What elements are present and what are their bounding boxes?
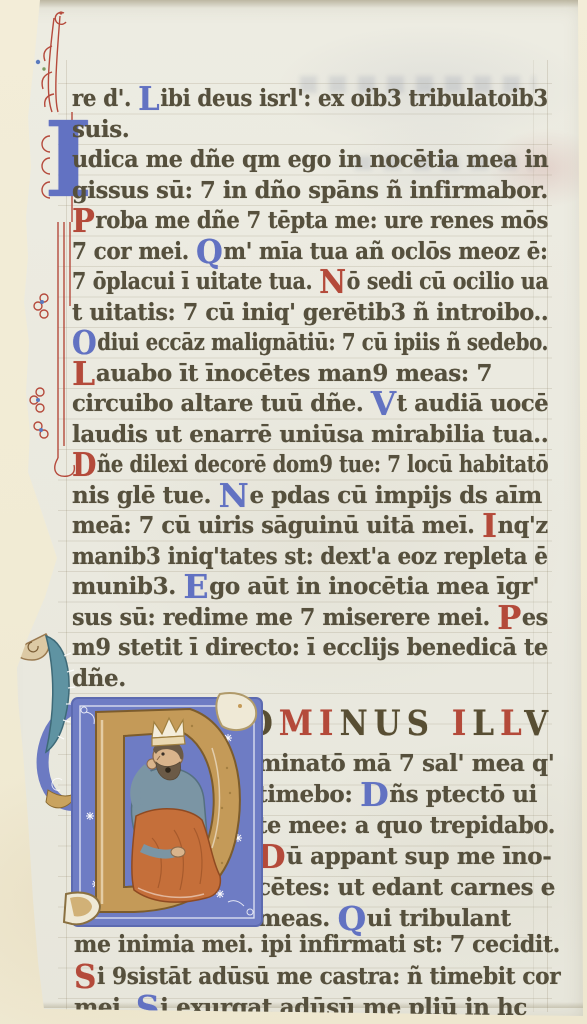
text-segment: cētes: ut edant carnes e	[257, 874, 555, 901]
text-segment: 7 ōplacui ī uitate tua.	[72, 268, 319, 295]
text-line: munib3. Ego aūt in inocētia mea īgr'	[72, 572, 548, 603]
text-segment: meas.	[257, 905, 337, 932]
text-segment: i exurgat adūsū me pliū in hc	[160, 994, 527, 1021]
text-segment: re d'.	[72, 85, 138, 112]
display-letter: S	[407, 703, 435, 744]
text-segment: sus sū: redime me 7 miserere mei.	[72, 604, 497, 631]
text-segment: laudis ut enarrē uniūsa mirabilia tua..	[72, 421, 548, 448]
versal-initial: O	[72, 323, 97, 362]
versal-initial: V	[371, 384, 397, 423]
display-letter: I	[319, 703, 340, 744]
text-line: dñe.	[72, 664, 548, 695]
text-line: me inimia mei. ipi infirmati st: 7 cecid…	[74, 929, 538, 961]
text-line: Dñe dilexi decorē dom9 tue: 7 locū habit…	[72, 450, 478, 481]
text-segment: nq'z	[498, 512, 548, 539]
text-segment: nis glē tue.	[72, 482, 219, 509]
text-line: udica me dñe qm ego in nocētia mea in	[72, 145, 533, 176]
text-segment: ui tribulant	[367, 905, 511, 932]
display-letter: V	[524, 703, 554, 744]
text-segment: diui eccāz malignātiū: 7 cū ipiis ñ sede…	[97, 329, 548, 356]
versal-initial: N	[319, 262, 347, 301]
lower-text-block: me inimia mei. ipi infirmati st: 7 cecid…	[74, 929, 558, 1024]
text-segment: go aūt in inocētia mea īgr'	[209, 573, 539, 600]
versal-initial: L	[138, 79, 160, 118]
versal-initial: N	[219, 476, 250, 515]
text-line: circuibo altare tuū dñe. Vt audiā uocē	[72, 389, 541, 420]
versal-initial: Q	[196, 232, 223, 271]
text-segment: munib3.	[72, 573, 183, 600]
paint-loss-top-right	[216, 693, 256, 730]
text-line: m9 stetit ī directo: ī ecclijs benedicā …	[72, 633, 536, 664]
versal-initial: P	[497, 598, 522, 637]
text-line: gissus sū: 7 in dño spāns ñ infirmabor.	[72, 176, 540, 207]
text-segment: m' mīa tua añ oclōs meoz ē:	[223, 238, 547, 265]
text-line: mei. Si exurgat adūsū me pliū in hc	[74, 992, 558, 1024]
text-line: laudis ut enarrē uniūsa mirabilia tua..	[72, 420, 547, 451]
display-letter: L	[472, 703, 500, 744]
text-segment: gissus sū: 7 in dño spāns ñ infirmabor.	[72, 177, 548, 204]
text-segment: ñs ptectō ui	[389, 781, 537, 808]
text-line: timebo: Dñs ptectō ui	[257, 779, 555, 810]
versal-initial: D	[360, 775, 389, 814]
text-line: 7 ōplacui ī uitate tua. Nō sedi cū ocili…	[72, 267, 498, 298]
versal-initial: P	[72, 201, 95, 240]
text-segment: roba me dñe 7 tēpta me: ure renes mōs	[95, 207, 548, 234]
text-line: Lauabo īt īnocētes man9 meas: 7	[72, 359, 548, 390]
text-segment: me inimia mei. ipi infirmati st: 7 cecid…	[74, 931, 560, 958]
text-segment: es	[522, 604, 548, 631]
text-line: Si 9sistāt adūsū me castra: ñ timebit co…	[74, 961, 530, 993]
text-segment: te mee: a quo trepidabo.	[257, 812, 555, 839]
upper-text-block: re d'. Libi deus isrl': ex oib3 tribulat…	[72, 84, 548, 694]
text-line: OMINUS ILLV	[246, 699, 515, 748]
display-capitals-line: OMINUS ILLV	[246, 699, 552, 748]
text-segment: m9 stetit ī directo: ī ecclijs benedicā …	[72, 634, 548, 661]
text-line: meā: 7 cū uiris sāguinū uitā meī. Inq'z	[72, 511, 536, 542]
text-segment: 7 cor mei.	[72, 238, 196, 265]
marginal-initial-i: I	[44, 108, 74, 220]
display-letter: M	[279, 703, 319, 744]
text-segment: suis.	[72, 116, 129, 143]
historiated-initial-d	[72, 698, 262, 926]
text-segment: manib3 iniq'tates st: dext'a eoz repleta…	[72, 543, 548, 570]
eye	[161, 752, 164, 755]
text-segment: e pdas cū impijs ds aīm	[249, 482, 541, 509]
parchment-top-edge	[38, 0, 583, 8]
text-segment: timebo:	[257, 781, 360, 808]
text-segment: t audiā uocē	[397, 390, 549, 417]
text-line: Dū appant sup me īno-	[257, 841, 555, 872]
display-letter: N	[340, 703, 374, 744]
versal-initial: E	[183, 567, 209, 606]
text-segment: mei.	[74, 994, 136, 1021]
text-segment: ibi deus isrl': ex oib3 tribulatoib3	[160, 85, 548, 112]
versal-initial: I	[482, 506, 498, 545]
scan-background: I re d'. Libi deus isrl': ex oib3 tribul…	[0, 0, 587, 1024]
mouth	[165, 767, 171, 773]
text-segment: udica me dñe qm ego in nocētia mea in	[72, 146, 548, 173]
text-line: Odiui eccāz malignātiū: 7 cū ipiis ñ sed…	[72, 328, 481, 359]
text-line: 7 cor mei. Qm' mīa tua añ oclōs meoz ē:	[72, 237, 516, 268]
text-segment: t uitatis: 7 cū iniq' gerētib3 ñ introib…	[72, 299, 548, 326]
text-segment: ū appant sup me īno-	[286, 843, 551, 870]
display-letter: I	[452, 703, 473, 744]
versal-initial: S	[74, 957, 97, 996]
text-line: sus sū: redime me 7 miserere mei. Pes	[72, 603, 533, 634]
text-segment: meā: 7 cū uiris sāguinū uitā meī.	[72, 512, 482, 539]
text-segment: minatō mā 7 sal' mea q'	[257, 750, 554, 777]
text-segment: ñe dilexi decorē dom9 tue: 7 locū habita…	[97, 451, 548, 478]
text-line: t uitatis: 7 cū iniq' gerētib3 ñ introib…	[72, 298, 534, 329]
text-line: suis.	[72, 115, 548, 146]
text-segment: circuibo altare tuū dñe.	[72, 390, 371, 417]
display-letter: L	[500, 703, 524, 744]
parchment-leaf: I re d'. Libi deus isrl': ex oib3 tribul…	[0, 0, 587, 1024]
text-segment: i 9sistāt adūsū me castra: ñ timebit cor	[97, 963, 560, 990]
text-line: Proba me dñe 7 tēpta me: ure renes mōs	[72, 206, 510, 237]
text-line: cētes: ut edant carnes e	[257, 872, 555, 903]
versal-initial: D	[72, 445, 97, 484]
text-segment: ō sedi cū ocilio ua	[347, 268, 549, 295]
display-letter: U	[374, 703, 407, 744]
text-beside-initial: minatō mā 7 sal' mea q'timebo: Dñs ptect…	[257, 748, 555, 934]
text-line: manib3 iniq'tates st: dext'a eoz repleta…	[72, 542, 518, 573]
text-segment: auabo īt īnocētes man9 meas: 7	[96, 360, 492, 387]
text-line: te mee: a quo trepidabo.	[257, 810, 548, 841]
text-line: minatō mā 7 sal' mea q'	[257, 748, 555, 779]
text-line: nis glē tue. Ne pdas cū impijs ds aīm	[72, 481, 548, 512]
versal-initial: S	[136, 988, 160, 1024]
left-hand	[171, 847, 185, 857]
text-line: re d'. Libi deus isrl': ex oib3 tribulat…	[72, 84, 515, 115]
display-letter	[435, 703, 452, 744]
